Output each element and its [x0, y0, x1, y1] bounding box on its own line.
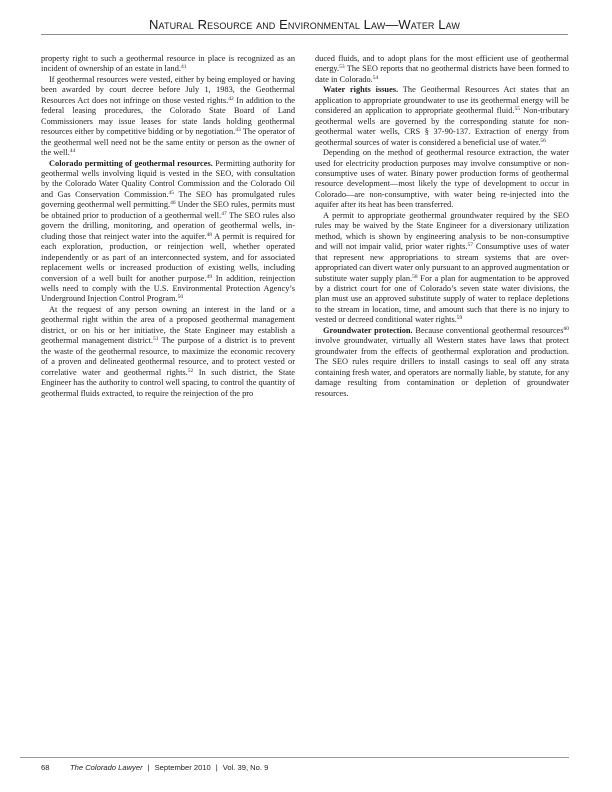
paragraph: If geothermal resources were vested, eit… — [41, 75, 295, 159]
footnote-ref[interactable]: 50 — [178, 294, 184, 300]
paragraph-text: Because conventional geothermal re­sourc… — [413, 326, 564, 335]
footnote-ref[interactable]: 60 — [564, 326, 570, 332]
volume-issue: Vol. 39, No. 9 — [223, 763, 269, 772]
section-heading: Water rights issues. — [323, 85, 398, 94]
paragraph: Depending on the method of geothermal re… — [315, 148, 569, 211]
journal-title: The Colorado Lawyer — [70, 763, 143, 772]
separator: | — [148, 763, 150, 772]
paragraph: At the request of any person owning an i… — [41, 305, 295, 399]
right-column: duced fluids, and to adopt plans for the… — [315, 54, 569, 399]
paragraph: duced fluids, and to adopt plans for the… — [315, 54, 569, 85]
issue-date: September 2010 — [155, 763, 211, 772]
footnote-ref[interactable]: 44 — [70, 148, 76, 154]
footnote-ref[interactable]: 41 — [181, 64, 187, 70]
paragraph-text: involve groundwater, virtually all Weste… — [315, 336, 569, 397]
footnote-ref[interactable]: 59 — [457, 315, 463, 321]
footer-rule — [20, 757, 269, 758]
header-rule — [41, 34, 568, 35]
paragraph: Water rights issues. The Geothermal Reso… — [315, 85, 569, 148]
paragraph-text: property right to such a geothermal reso… — [41, 54, 295, 73]
footnote-ref[interactable]: 56 — [540, 138, 546, 144]
section-heading: Colorado permitting of geothermal resour… — [49, 159, 213, 168]
running-header: Natural Resource and Environmental Law—W… — [41, 17, 568, 33]
separator: | — [216, 763, 218, 772]
paragraph-text: Depending on the method of geothermal re… — [315, 148, 569, 209]
page-footer: 68The Colorado Lawyer|September 2010|Vol… — [41, 763, 268, 773]
footer-rule — [269, 757, 569, 758]
section-heading: Groundwater protection. — [323, 326, 413, 335]
paragraph-text: The SEO reports that no geothermal distr… — [315, 64, 569, 83]
left-column: property right to such a geothermal reso… — [41, 54, 295, 399]
paragraph: property right to such a geothermal reso… — [41, 54, 295, 75]
page-number: 68 — [41, 763, 70, 773]
paragraph: Colorado permitting of geothermal resour… — [41, 159, 295, 305]
footnote-ref[interactable]: 54 — [373, 75, 379, 81]
paragraph: A permit to appropriate geothermal groun… — [315, 211, 569, 326]
paragraph: Groundwater protection. Because conventi… — [315, 326, 569, 399]
